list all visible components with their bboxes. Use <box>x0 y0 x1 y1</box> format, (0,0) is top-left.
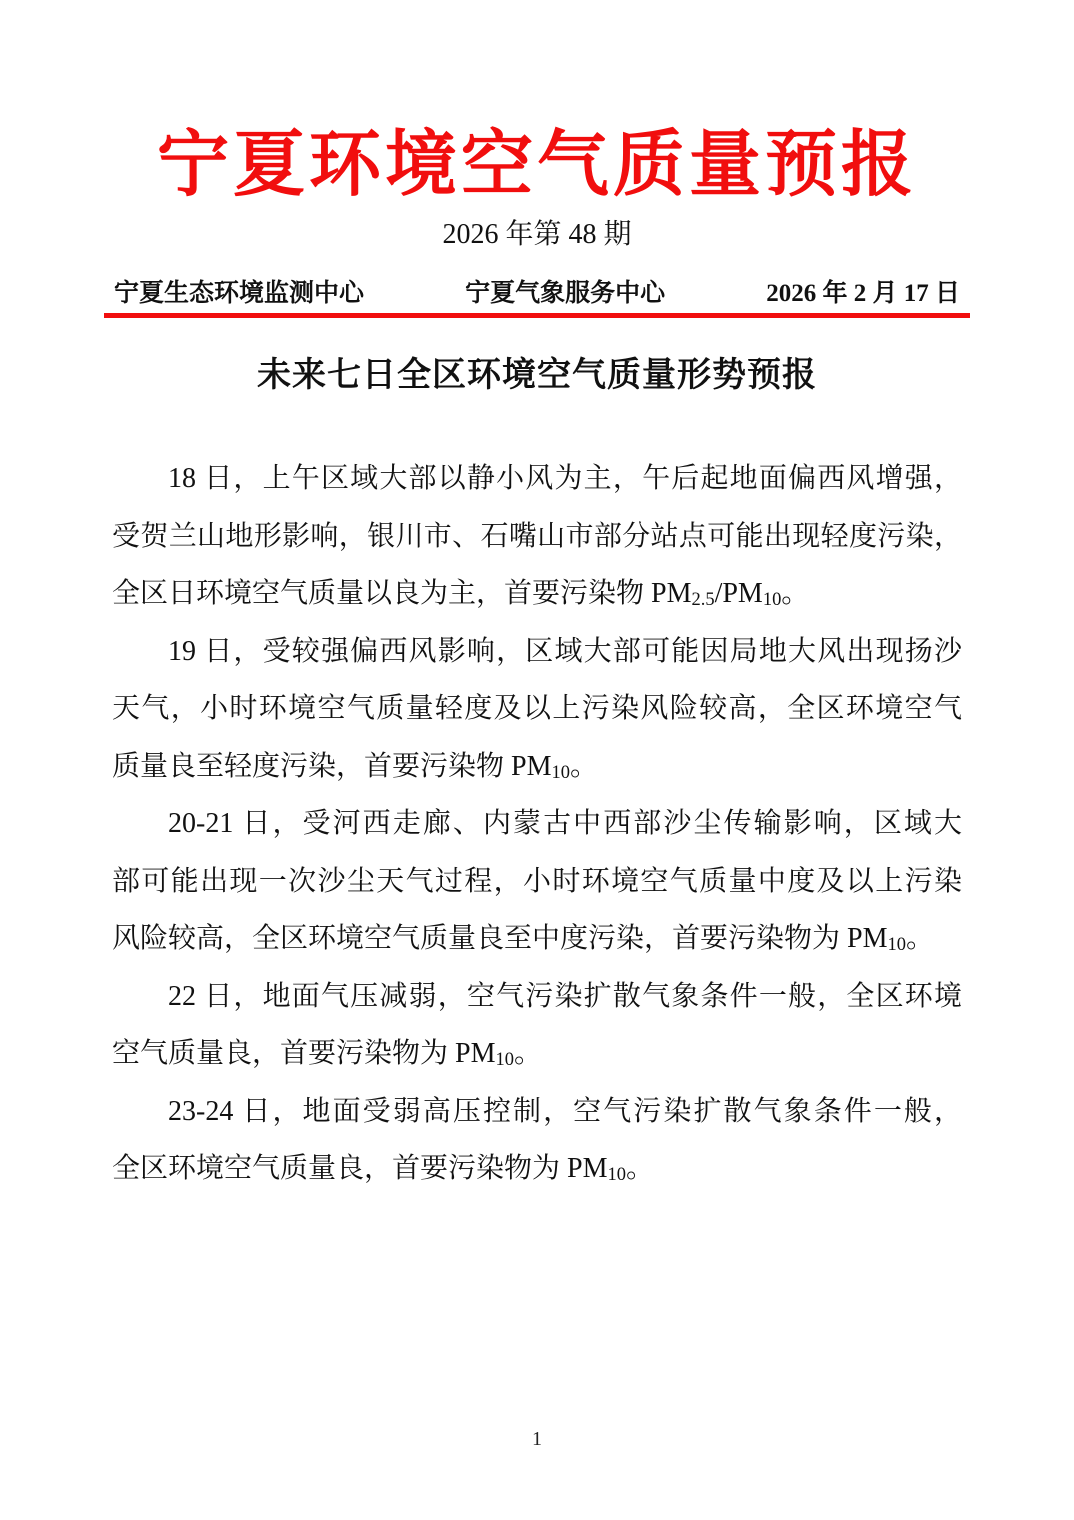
pm10-subscript: 10 <box>495 1049 513 1069</box>
document-title: 宁夏环境空气质量预报 <box>0 116 1074 215</box>
paragraph-1-line: 18 日，上午区域大部以静小风为主，午后起地面偏西风增强， <box>112 450 962 508</box>
body-paragraphs: 18 日，上午区域大部以静小风为主，午后起地面偏西风增强，受贺兰山地形影响，银川… <box>112 450 962 1198</box>
issue-date: 2026 年 2 月 17 日 <box>766 277 960 311</box>
paragraph-2-line: 19 日，受较强偏西风影响，区域大部可能因局地大风出现扬沙 <box>112 623 962 681</box>
pm25-subscript: 2.5 <box>691 589 714 609</box>
issue-number: 2026 年第 48 期 <box>0 215 1074 255</box>
paragraph-4-line: 22 日，地面气压减弱，空气污染扩散气象条件一般，全区环境 <box>112 968 962 1026</box>
document-page: 宁夏环境空气质量预报 2026 年第 48 期 宁夏生态环境监测中心 宁夏气象服… <box>0 0 1074 1520</box>
paragraph-5-line: 23-24 日，地面受弱高压控制，空气污染扩散气象条件一般， <box>112 1083 962 1141</box>
page-number: 1 <box>0 1428 1074 1451</box>
pm10-subscript: 10 <box>763 589 781 609</box>
issuer-row: 宁夏生态环境监测中心 宁夏气象服务中心 2026 年 2 月 17 日 <box>114 277 960 311</box>
paragraph-4-line: 空气质量良，首要污染物为 PM10。 <box>112 1025 962 1083</box>
pm10-subscript: 10 <box>887 934 905 954</box>
pm10-subscript: 10 <box>607 1164 625 1184</box>
paragraph-5-line: 全区环境空气质量良，首要污染物为 PM10。 <box>112 1140 962 1198</box>
paragraph-1-line: 受贺兰山地形影响，银川市、石嘴山市部分站点可能出现轻度污染， <box>112 508 962 566</box>
paragraph-1-line: 全区日环境空气质量以良为主，首要污染物 PM2.5/PM10。 <box>112 565 962 623</box>
issuer-center: 宁夏气象服务中心 <box>465 277 665 311</box>
paragraph-2-line: 天气，小时环境空气质量轻度及以上污染风险较高，全区环境空气 <box>112 680 962 738</box>
header-rule <box>104 313 970 318</box>
pm10-subscript: 10 <box>551 761 569 781</box>
paragraph-2-line: 质量良至轻度污染，首要污染物 PM10。 <box>112 738 962 796</box>
issuer-left: 宁夏生态环境监测中心 <box>114 277 364 311</box>
paragraph-3-line: 风险较高，全区环境空气质量良至中度污染，首要污染物为 PM10。 <box>112 910 962 968</box>
paragraph-3-line: 部可能出现一次沙尘天气过程，小时环境空气质量中度及以上污染 <box>112 853 962 911</box>
paragraph-3-line: 20-21 日，受河西走廊、内蒙古中西部沙尘传输影响，区域大 <box>112 795 962 853</box>
section-title: 未来七日全区环境空气质量形势预报 <box>0 352 1074 398</box>
